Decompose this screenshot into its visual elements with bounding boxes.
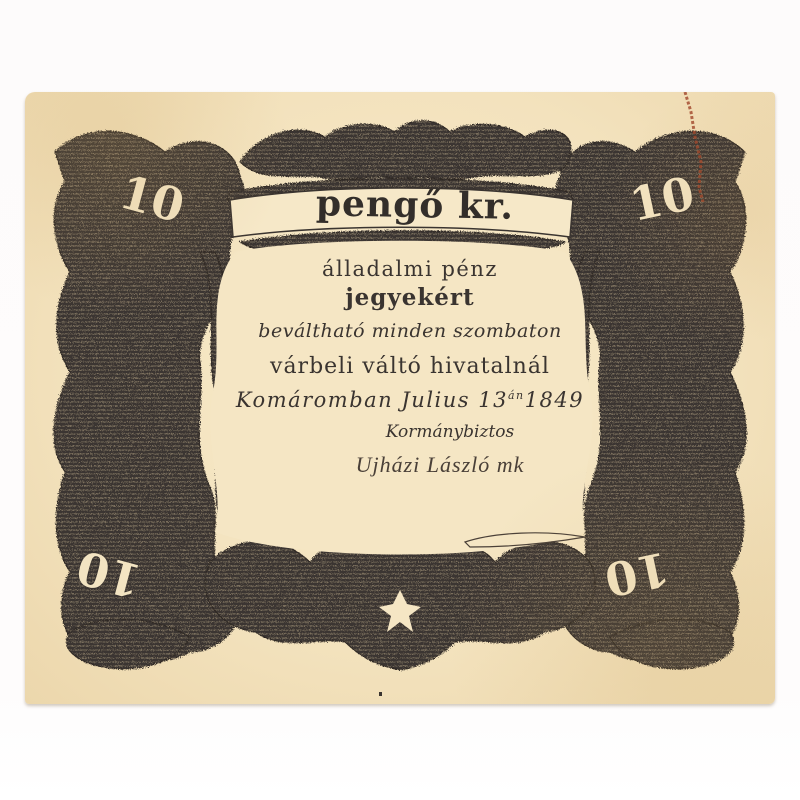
signatory-title: Kormánybiztos <box>370 422 530 442</box>
photo-stage: 10 10 10 10 pengő kr. álladalmi pénz jeg… <box>0 0 800 800</box>
header-banner-text: pengő kr. <box>280 182 551 229</box>
text-line-2: jegyekért <box>200 284 620 311</box>
text-line-1: álladalmi pénz <box>200 257 620 281</box>
signature: Ujházi László mk <box>310 452 570 478</box>
text-line-4: várbeli váltó hivatalnál <box>200 354 620 379</box>
date-year: 1849 <box>525 388 584 412</box>
text-line-3: beváltható minden szombaton <box>200 320 620 342</box>
date-place: Komáromban Julius 13 <box>236 388 508 412</box>
banknote: 10 10 10 10 pengő kr. álladalmi pénz jeg… <box>25 92 775 704</box>
date-line: Komáromban Julius 13án1849 <box>200 388 620 412</box>
date-superscript: án <box>508 389 525 402</box>
